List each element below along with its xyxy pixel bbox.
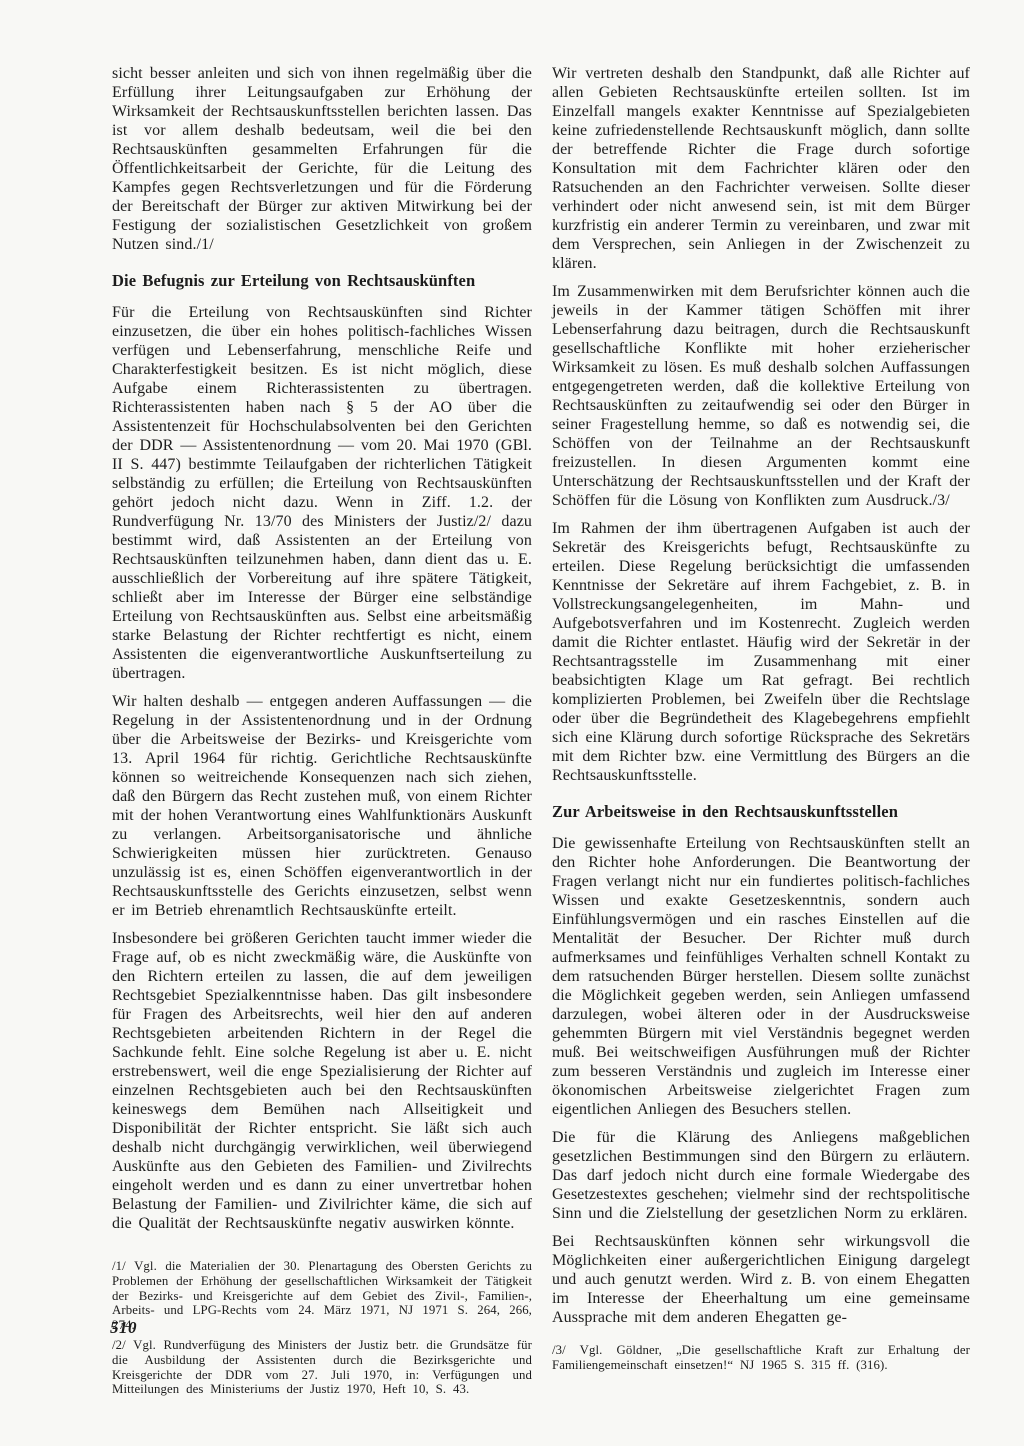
footnotes-left: /1/ Vgl. die Materialien der 30. Plenart… bbox=[112, 1259, 532, 1397]
body-paragraph: Wir vertreten deshalb den Standpunkt, da… bbox=[552, 64, 970, 273]
section-heading-arbeitsweise: Zur Arbeitsweise in den Rechtsauskunftss… bbox=[552, 802, 970, 821]
scanned-journal-page: sicht besser anleiten und sich von ihnen… bbox=[0, 0, 1024, 1446]
body-paragraph: Im Zusammenwirken mit dem Berufsrichter … bbox=[552, 282, 970, 510]
body-paragraph: Die gewissenhafte Erteilung von Rechtsau… bbox=[552, 834, 970, 1119]
left-column: sicht besser anleiten und sich von ihnen… bbox=[112, 64, 532, 1402]
footnote-3: /3/ Vgl. Göldner, „Die gesellschaftliche… bbox=[552, 1343, 970, 1373]
section-heading-befugnis: Die Befugnis zur Erteilung von Rechtsaus… bbox=[112, 271, 532, 290]
body-paragraph: Für die Erteilung von Rechtsauskünften s… bbox=[112, 303, 532, 683]
footnote-1: /1/ Vgl. die Materialien der 30. Plenart… bbox=[112, 1259, 532, 1333]
footnotes-right: /3/ Vgl. Göldner, „Die gesellschaftliche… bbox=[552, 1343, 970, 1373]
page-number: 510 bbox=[110, 1318, 137, 1338]
body-paragraph: Bei Rechtsauskünften können sehr wirkung… bbox=[552, 1232, 970, 1327]
body-paragraph: Insbesondere bei größeren Gerichten tauc… bbox=[112, 929, 532, 1233]
right-column: Wir vertreten deshalb den Standpunkt, da… bbox=[552, 64, 970, 1378]
body-paragraph: Die für die Klärung des Anliegens maßgeb… bbox=[552, 1128, 970, 1223]
body-paragraph: Im Rahmen der ihm übertragenen Aufgaben … bbox=[552, 519, 970, 785]
body-paragraph: Wir halten deshalb — entgegen anderen Au… bbox=[112, 692, 532, 920]
continued-paragraph: sicht besser anleiten und sich von ihnen… bbox=[112, 64, 532, 254]
footnote-2: /2/ Vgl. Rundverfügung des Ministers der… bbox=[112, 1338, 532, 1397]
